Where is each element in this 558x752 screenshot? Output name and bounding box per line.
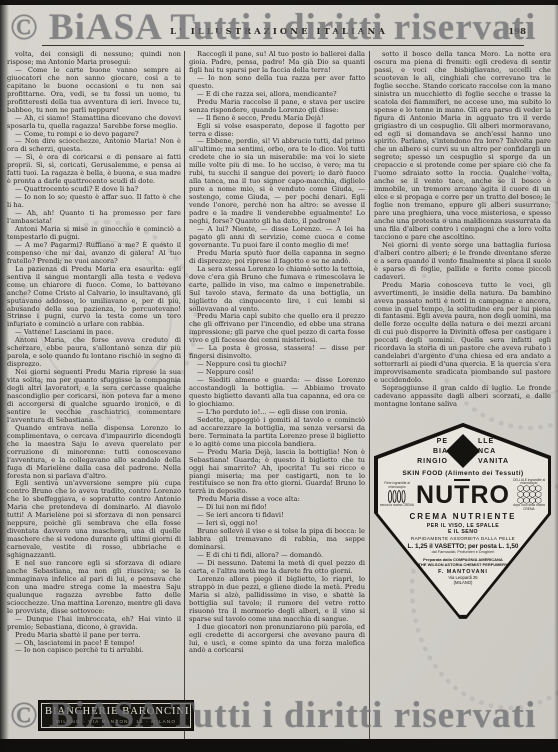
paragraph: Nei giorni di vento sorge una battaglia … xyxy=(374,242,551,282)
baroncini-advertisement: BIANCHERIE BARONCINI MILANO - VIA MANZON… xyxy=(38,700,194,731)
header-rule xyxy=(42,45,524,46)
ad-content: PELLE BIANCA RINGIOVANITA SKIN FOOD (Ali… xyxy=(380,429,546,613)
paragraph: La sera stessa Lorenzo lo chiamò sotto l… xyxy=(189,266,365,314)
paragraph: Bruno sollevò il viso e si tolse la pipa… xyxy=(189,528,365,552)
fibre-icon-graphic xyxy=(387,490,407,503)
baroncini-address: MILANO - VIA MANZONI, 16 - MILANO xyxy=(45,719,187,724)
paragraph: Egli sentiva un'avversione sempre più cu… xyxy=(7,480,181,560)
paragraph: E nel suo rancore egli si sforzava di od… xyxy=(7,560,181,616)
paragraph: — La posta è grossa, stassera! — disse p… xyxy=(189,345,365,361)
paragraph: Raccogli il pane, su! Al tuo posto io ba… xyxy=(189,51,365,75)
column-3: sotto il bosco della tanca Moro. La nott… xyxy=(369,51,551,739)
ad-agent-address: Via Leopardi 25 (MILANO) xyxy=(380,575,546,585)
icon-caption: Fibre ingrandite al microscopio xyxy=(380,482,414,489)
icon-caption: dopo l'uso della nostra CREMA xyxy=(512,504,546,511)
paragraph: — Dunque l'hai imbroccata, eh? Hai vinto… xyxy=(7,616,181,632)
paragraph: — Ebbene, perdio, sì! Vi abbrucio tutti,… xyxy=(189,138,365,225)
column-2: Raccogli il pane, su! Al tuo posto io ba… xyxy=(184,51,369,739)
fibre-cells-icon: Fibre ingrandite al microscopio senza la… xyxy=(380,482,414,507)
page-number: 198 xyxy=(508,27,526,37)
ad-word: LLE xyxy=(478,437,540,447)
ad-word: BIA xyxy=(386,447,448,457)
paragraph: Sedette, appoggiò i gomiti al tavolo e c… xyxy=(189,417,365,449)
nutro-brand-wordmark: NUTRO xyxy=(414,483,512,507)
ad-word: NCA xyxy=(478,447,540,457)
ad-word: PE xyxy=(386,437,448,447)
page-title: L' ILLUSTRAZIONE ITALIANA xyxy=(0,27,558,37)
ad-price-note: dai Farmacisti, Profumieri e Droghieri xyxy=(380,550,546,554)
paragraph: — A me? Pagarmi? Ruffiano a me? È questo… xyxy=(7,242,181,266)
paragraph: — Io non capisco perchè tu ti arrabbi. xyxy=(7,647,181,655)
paragraph: Quando entrava nella dispensa Lorenzo lo… xyxy=(7,425,181,481)
honeycomb-cells-icon: CELLULE ingrandite al microscopio ⬡⬡⬡⬡ ⬡… xyxy=(512,479,546,511)
baroncini-name: BIANCHERIE BARONCINI xyxy=(45,706,187,717)
nutro-advertisement: PELLE BIANCA RINGIOVANITA SKIN FOOD (Ali… xyxy=(374,423,551,619)
paragraph: La pazienza di Predu Maria era esaurita:… xyxy=(7,266,181,330)
paragraph: — Sì, è ora di coricarsi e di pensare ai… xyxy=(7,154,181,186)
honeycomb-glyphs: ⬡⬡⬡⬡ ⬡⬡⬡⬡ ⬡⬡⬡⬡ xyxy=(512,486,546,504)
ad-price: L. 1,25 il VASETTO; per posta L. 1,50 xyxy=(380,543,546,550)
paragraph: — Io non sono della tua razza per aver f… xyxy=(189,75,365,91)
icon-caption: senza la nostra CREMA xyxy=(380,504,414,508)
ad-top-words: PELLE BIANCA RINGIOVANITA xyxy=(380,437,546,467)
paragraph: Sopraggiunse il gran caldo di luglio. Le… xyxy=(374,385,551,409)
running-head: L' ILLUSTRAZIONE ITALIANA 198 xyxy=(0,27,558,37)
ad-use-line-2: E IL SENO xyxy=(380,529,546,535)
paragraph: Antoni Maria si mise in ginocchio e comi… xyxy=(7,226,181,242)
text-columns: volta, dei consigli di nessuno; quindi n… xyxy=(7,51,552,739)
paragraph: I due giocatori non pronunziarono più pa… xyxy=(189,624,365,656)
ad-skinfood-line: SKIN FOOD (Alimento dei Tessuti) xyxy=(380,470,546,477)
magazine-page-scan: L' ILLUSTRAZIONE ITALIANA 198 volta, dei… xyxy=(0,0,558,752)
paragraph: Predu Maria conosceva tutte le voci, gli… xyxy=(374,282,551,385)
paragraph: Nei giorni seguenti Predu Maria riprese … xyxy=(7,369,181,425)
column-1: volta, dei consigli di nessuno; quindi n… xyxy=(7,51,184,739)
ad-subtitle: CREMA NUTRIENTE xyxy=(380,512,546,521)
paragraph: sotto il bosco della tanca Moro. La nott… xyxy=(374,51,551,242)
paragraph: — Di nessuno. Datemi la metà di quel pez… xyxy=(189,560,365,576)
paragraph: — Non dire sciocchezze, Antonio Maria! N… xyxy=(7,138,181,154)
scan-edge-bottom xyxy=(0,739,558,752)
ad-absorb-line: RAPIDAMENTE ASSORBITA DALLA PELLE xyxy=(380,536,546,541)
column-3-text: sotto il bosco della tanca Moro. La nott… xyxy=(374,51,551,409)
paragraph: Antoni Maria, che forse aveva creduto di… xyxy=(7,337,181,369)
paragraph: — Come le carte buone vanno sempre ai gi… xyxy=(7,67,181,115)
paragraph: Predu Maria raccolse il pane, e stava pe… xyxy=(189,99,365,115)
ad-maker: Preparata dalla COMPAGNIA AMERICANA THE … xyxy=(380,557,546,567)
ad-word: RINGIO xyxy=(386,457,448,467)
paragraph: Predu Maria capì subito che quello era i… xyxy=(189,313,365,345)
ad-word: VANITA xyxy=(478,457,540,467)
paragraph: — A lui? Niente, — disse Lorenzo. — A le… xyxy=(189,226,365,250)
paragraph: Egli si volse esasperato, depose il fago… xyxy=(189,123,365,139)
scan-edge-top xyxy=(0,0,558,5)
paragraph: Predu Maria sputò fuor della capanna in … xyxy=(189,250,365,266)
paragraph: — Ah, ah! Quanto ti ha promesso per fare… xyxy=(7,210,181,226)
paragraph: Lorenzo allora piegò il biglietto, lo ri… xyxy=(189,576,365,624)
paragraph: volta, dei consigli di nessuno; quindi n… xyxy=(7,51,181,67)
paragraph: — Siediti almeno e guarda: — disse Loren… xyxy=(189,377,365,409)
paragraph: — Io non lo so; questo è affar suo. Il f… xyxy=(7,194,181,210)
scan-edge-right xyxy=(554,0,558,752)
paragraph: — Ah, ci siamo! Stamattina dicevano che … xyxy=(7,115,181,131)
paragraph: — Predu Maria Dejà, lascia la bottiglia!… xyxy=(189,449,365,497)
scan-edge-left xyxy=(0,0,9,752)
